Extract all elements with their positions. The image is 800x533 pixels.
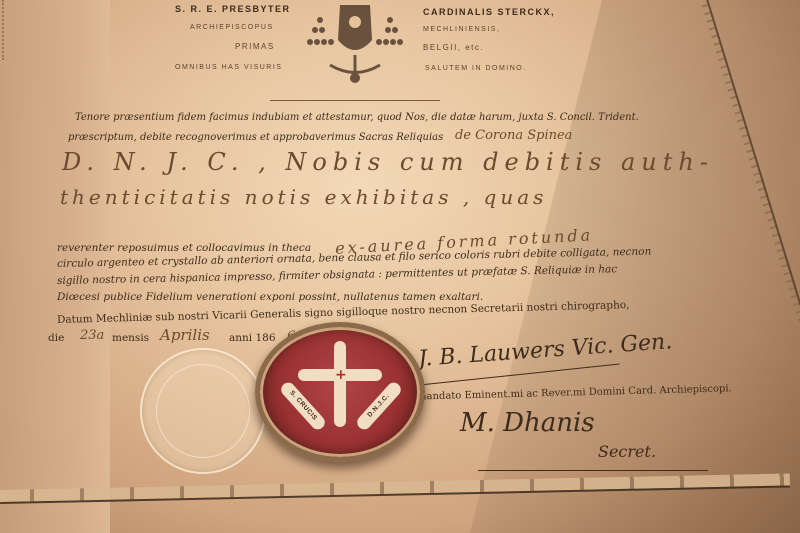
secretary-signature: M. Dhanis (460, 408, 595, 438)
secretary-flourish (478, 470, 708, 471)
ribbon-left: S. CRUCIS (278, 380, 327, 432)
dating-mensis-label: mensis (112, 332, 149, 344)
red-cross-mark-icon: + (335, 367, 347, 383)
dating-day-handwritten: 23a (80, 328, 104, 343)
ribbon-right: D.N.J.C. (354, 380, 403, 432)
dating-anni-label: anni 186 (229, 332, 276, 344)
embossed-seal-inner-ring (156, 364, 250, 458)
header-left-line1: S. R. E. PRESBYTER (175, 4, 291, 14)
body-line-2-printed: præscriptum, debite recognoverimus et ap… (68, 132, 443, 143)
header-divider (270, 100, 440, 101)
photo-scene: S. R. E. PRESBYTER CARDINALIS STERCKX, A… (0, 0, 800, 533)
relic-cross-vertical (334, 341, 346, 427)
header-right-line3: BELGII, etc. (423, 43, 484, 52)
body-line-4-handwritten: thenticitatis notis exhibitas , quas (60, 185, 547, 209)
header-left-line3: PRIMAS (235, 42, 275, 51)
header-right-line1: CARDINALIS STERCKX, (423, 7, 555, 17)
body-line-8: Diœcesi publice Fidelium venerationi exp… (57, 291, 483, 303)
header-right-line2: MECHLINIENSIS, (423, 26, 500, 33)
header-right-line4: SALUTEM IN DOMINO. (425, 65, 527, 72)
decorative-border-left (2, 0, 14, 60)
header-left-line2: ARCHIEPISCOPUS (190, 24, 274, 31)
reliquary-locket: + S. CRUCIS D.N.J.C. (255, 322, 425, 462)
coat-of-arms-icon (300, 0, 410, 95)
header-left-line4: OMNIBUS HAS VISURIS (175, 64, 282, 71)
body-line-2-handwritten: de Corona Spinea (455, 128, 572, 143)
dating-month-handwritten: Aprilis (160, 326, 210, 344)
dating-die-label: die (48, 332, 64, 344)
body-line-1: Tenore præsentium fidem facimus indubiam… (75, 112, 639, 123)
embossed-seal (140, 348, 266, 474)
secretary-title: Secret. (598, 442, 656, 461)
body-line-3-handwritten: D. N. J. C. , Nobis cum debitis auth- (62, 148, 714, 176)
body-line-5-printed: reverenter reposuimus et collocavimus in… (57, 242, 311, 254)
